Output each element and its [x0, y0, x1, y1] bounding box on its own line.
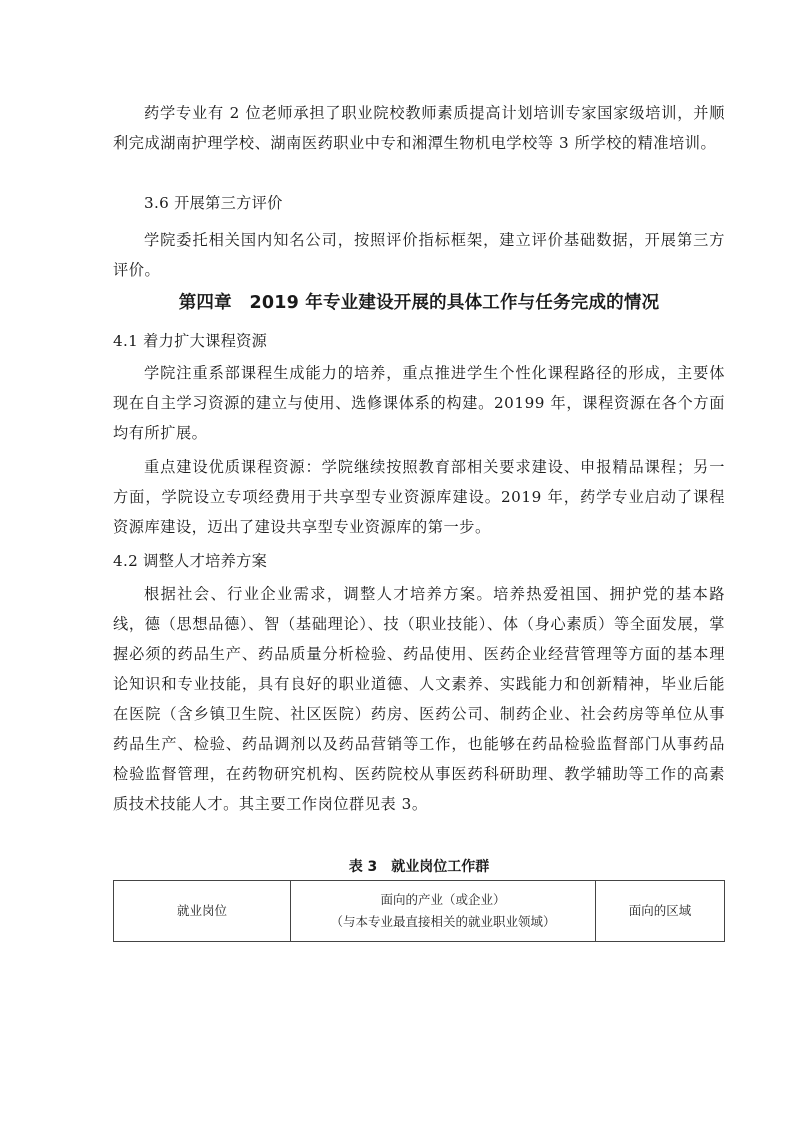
employment-positions-table: 就业岗位 面向的产业（或企业） （与本专业最直接相关的就业职业领域） 面向的区域: [113, 880, 725, 942]
paragraph-quality-courses: 重点建设优质课程资源：学院继续按照教育部相关要求建设、申报精品课程；另一方面，学…: [113, 452, 725, 542]
heading-3-6: 3.6 开展第三方评价: [144, 188, 283, 218]
chapter-4-title: 第四章 2019 年专业建设开展的具体工作与任务完成的情况: [113, 288, 725, 318]
heading-4-2: 4.2 调整人才培养方案: [113, 546, 267, 576]
heading-4-1: 4.1 着力扩大课程资源: [113, 326, 267, 356]
paragraph-course-resources: 学院注重系部课程生成能力的培养，重点推进学生个性化课程路径的形成，主要体现在自主…: [113, 358, 725, 448]
header-target-region: 面向的区域: [596, 881, 725, 942]
table-3-caption: 表 3 就业岗位工作群: [113, 856, 725, 878]
table-header-row: 就业岗位 面向的产业（或企业） （与本专业最直接相关的就业职业领域） 面向的区域: [114, 881, 725, 942]
paragraph-teacher-training: 药学专业有 2 位老师承担了职业院校教师素质提高计划培训专家国家级培训，并顺利完…: [113, 98, 725, 158]
header-target-industry: 面向的产业（或企业） （与本专业最直接相关的就业职业领域）: [291, 881, 596, 942]
header-employment-position: 就业岗位: [114, 881, 291, 942]
header-target-industry-line1: 面向的产业（或企业）: [291, 889, 595, 911]
paragraph-third-party-evaluation: 学院委托相关国内知名公司，按照评价指标框架，建立评价基础数据，开展第三方评价。: [113, 225, 725, 285]
header-target-industry-line2: （与本专业最直接相关的就业职业领域）: [291, 911, 595, 933]
paragraph-talent-training-plan: 根据社会、行业企业需求，调整人才培养方案。培养热爱祖国、拥护党的基本路线，德（思…: [113, 579, 725, 819]
document-page: 药学专业有 2 位老师承担了职业院校教师素质提高计划培训专家国家级培训，并顺利完…: [0, 0, 793, 1122]
